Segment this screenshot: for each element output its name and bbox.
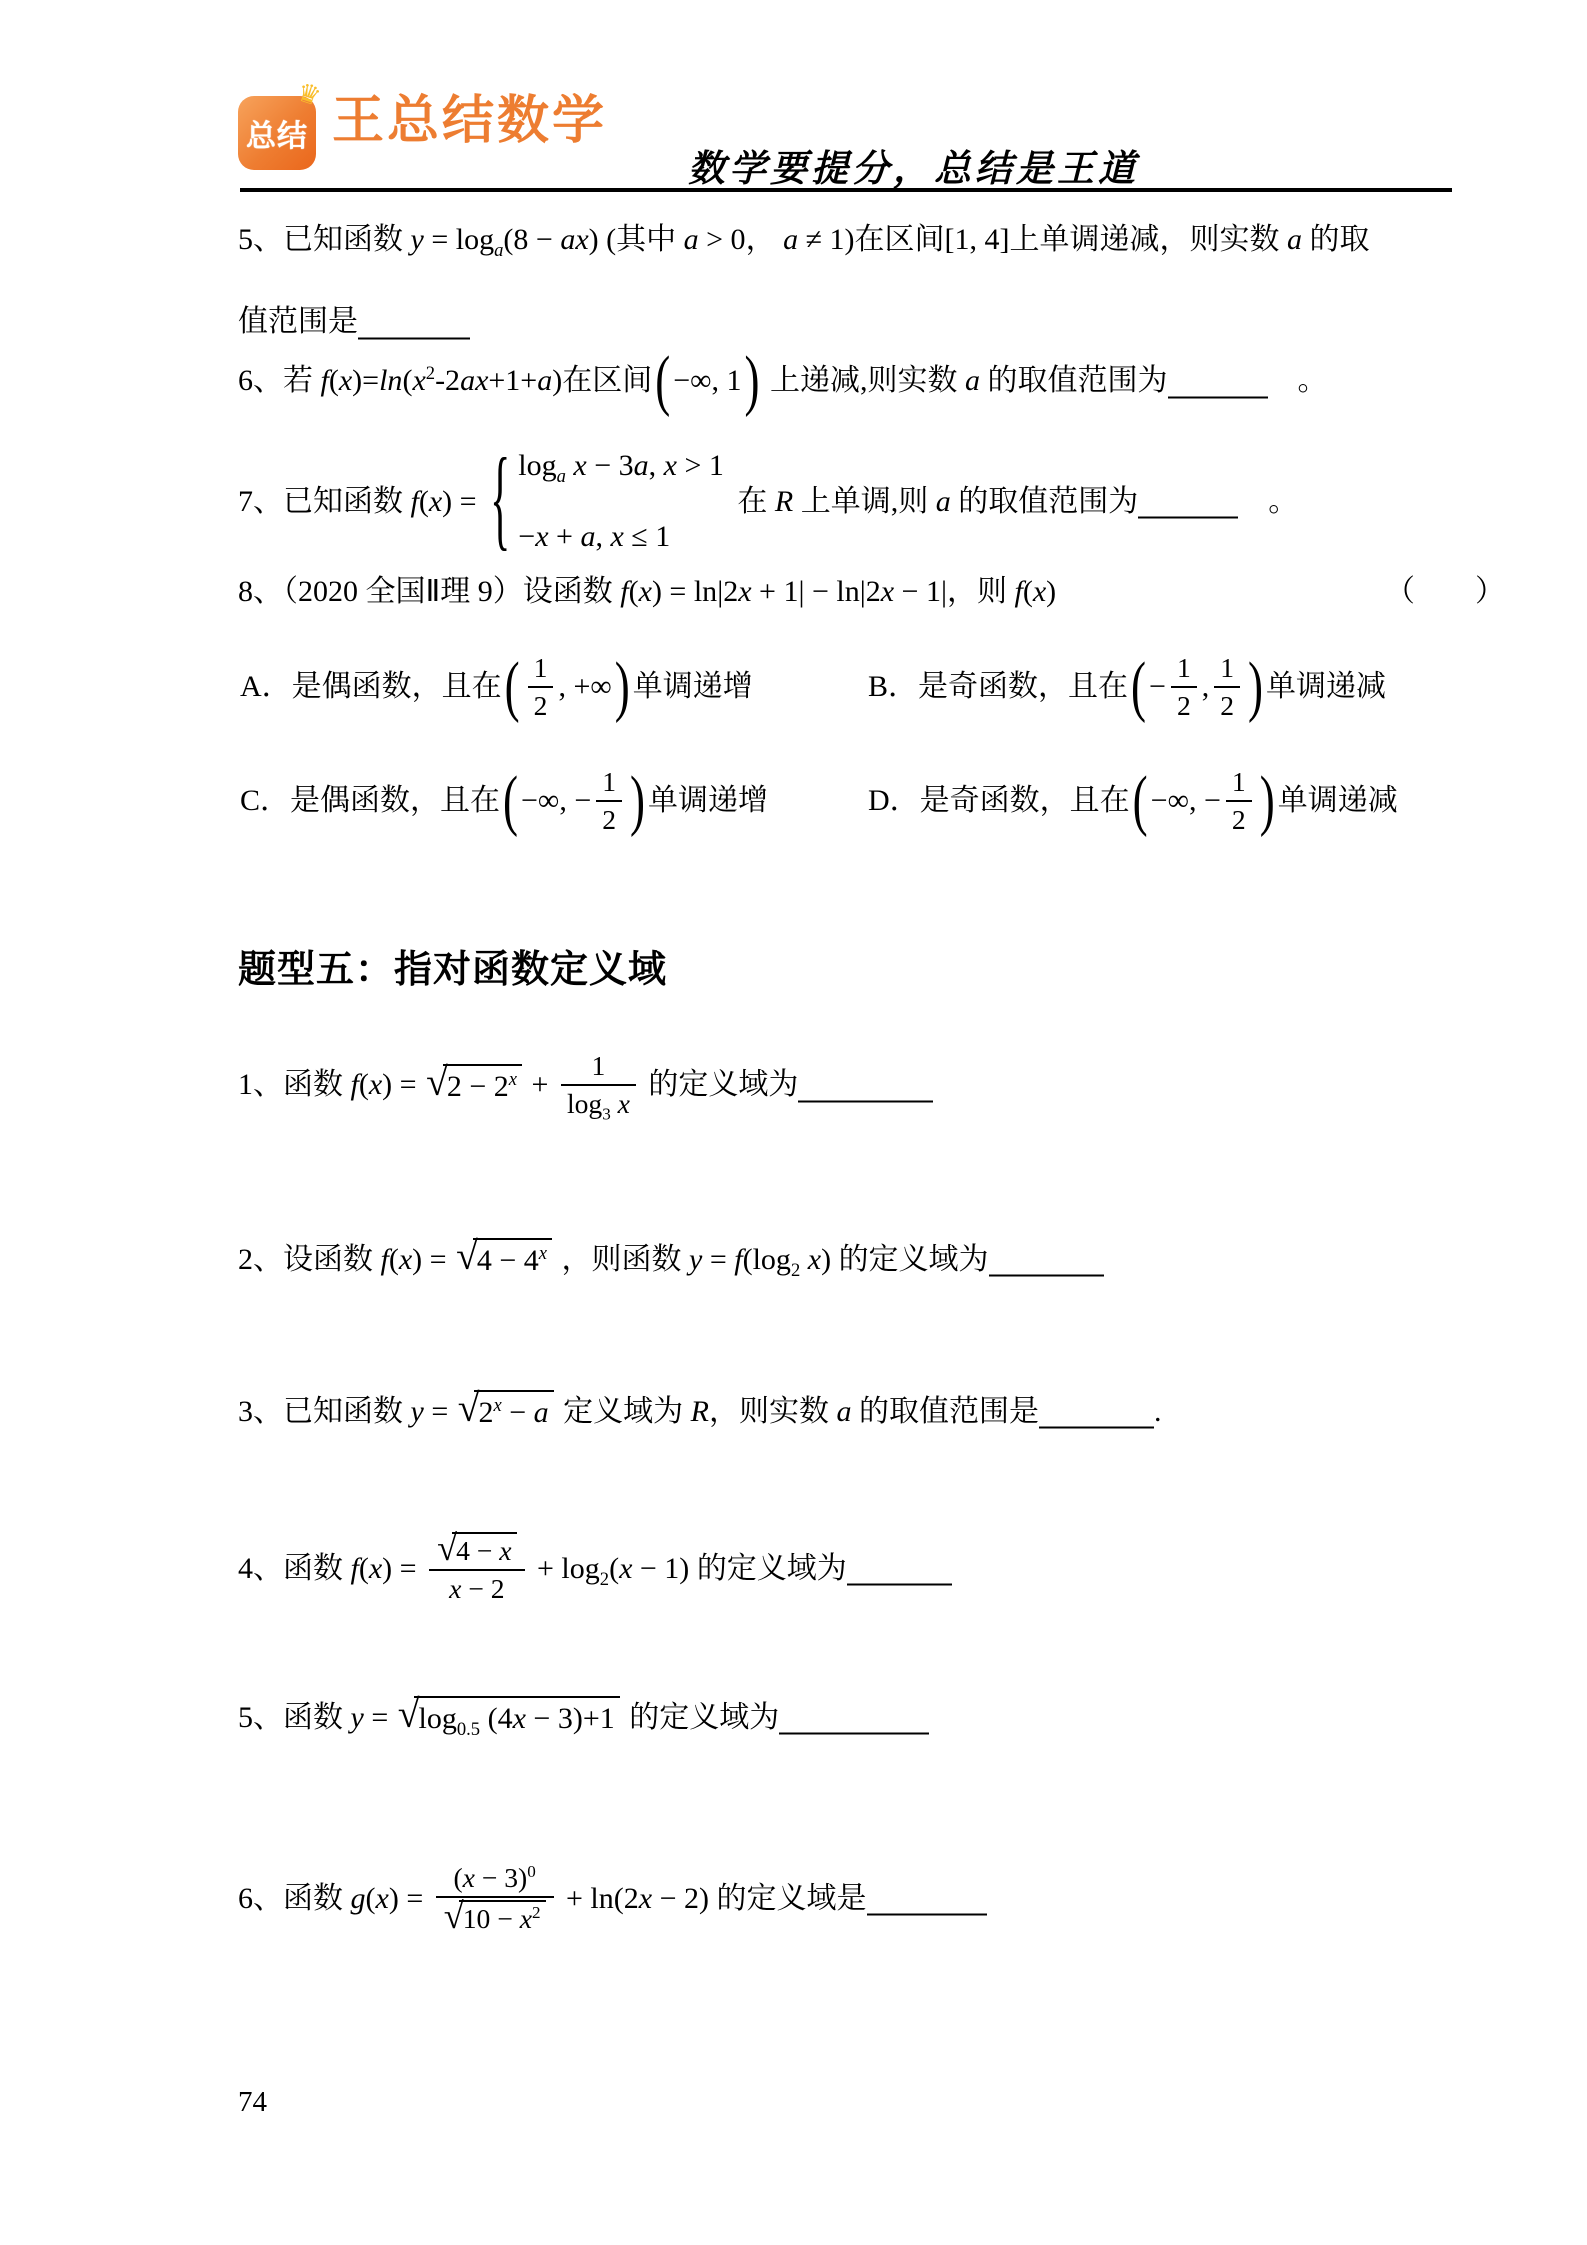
fraction-numerator: (x − 3)0	[436, 1862, 554, 1898]
math-run: + 1| − ln|2	[752, 572, 881, 611]
text-run: 8、（2020 全国Ⅱ理 9）设函数	[238, 572, 620, 611]
math-run: a	[537, 361, 552, 400]
math-run: +1	[583, 1699, 615, 1738]
math-run: (8 −	[503, 220, 560, 259]
text-run: 5、函数	[238, 1698, 351, 1737]
radicand: 4 − 4x	[473, 1238, 552, 1280]
text-run: A．是偶函数，且在	[240, 667, 502, 706]
text-run: 2	[1220, 690, 1234, 722]
problem-8-answer-paren: （ ）	[1385, 572, 1505, 611]
math-run: (	[366, 1879, 376, 1918]
text-run: 2	[602, 804, 616, 836]
fraction-denominator: 2	[528, 688, 554, 722]
math-run: a	[965, 361, 980, 400]
problem-5-line-2: 值范围是	[238, 302, 470, 341]
math-run: x	[429, 482, 442, 521]
text-run: 3、已知函数	[238, 1392, 411, 1431]
math-run: (	[389, 1240, 399, 1279]
text-run: 4、函数	[238, 1549, 351, 1588]
math-run: +1+	[488, 361, 537, 400]
math-run: a	[684, 220, 699, 259]
math-run: a	[580, 517, 595, 556]
big-paren: )	[615, 653, 630, 721]
math-run: 10 −	[463, 1903, 520, 1935]
text-run: 的定义域是	[709, 1879, 867, 1918]
math-run: x	[376, 1879, 389, 1918]
text-run: 2	[534, 690, 548, 722]
math-run: log3	[567, 1088, 611, 1120]
text-run: 2、设函数	[238, 1240, 381, 1279]
text-run: 2	[1177, 690, 1191, 722]
math-run: ,	[1202, 667, 1210, 706]
math-run: x	[639, 572, 652, 611]
text-run: 定义域为	[556, 1392, 691, 1431]
math-run: f	[620, 572, 628, 611]
math-run: +	[549, 517, 581, 556]
math-run: )	[821, 1240, 831, 1279]
math-run: x	[639, 1879, 652, 1918]
fraction: 1log3 x	[561, 1050, 636, 1119]
fraction: 12	[596, 766, 622, 835]
page-number: 74	[238, 2086, 267, 2119]
math-run: − 1)	[632, 1549, 689, 1588]
math-run: (4	[480, 1699, 513, 1738]
math-run: loga	[518, 446, 566, 485]
text-run: 上单调,则	[793, 482, 936, 521]
math-run: a	[783, 220, 798, 259]
header-divider	[240, 188, 1452, 192]
fraction: 12	[1226, 766, 1252, 835]
text-run: 1、函数	[238, 1065, 351, 1104]
math-run: + ln	[559, 1879, 614, 1918]
answer-blank	[989, 1275, 1104, 1277]
math-run: g	[351, 1879, 366, 1918]
math-run: − 3)0	[475, 1862, 536, 1894]
section5-problem-1: 1、函数 f(x) = √2 − 2x + 1log3 x 的定义域为	[238, 1050, 933, 1119]
fraction-denominator: log3 x	[561, 1086, 636, 1120]
text-run: 单调递增	[633, 667, 753, 706]
text-run: 5、已知函数	[238, 220, 411, 259]
math-run: ) = ln	[652, 572, 717, 611]
math-run: y	[411, 220, 424, 259]
math-run: x	[610, 517, 623, 556]
math-run: x	[566, 446, 587, 485]
logo-icon-text: 总结	[246, 111, 308, 155]
math-run: +	[524, 1065, 556, 1104]
math-run: y	[351, 1698, 364, 1737]
fraction-numerator: 1	[596, 766, 622, 802]
fraction: 12	[1214, 652, 1240, 721]
option-b: B．是奇函数，且在(−12,12)单调递减	[868, 652, 1386, 721]
math-run: x	[369, 1549, 382, 1588]
text-run: D．是奇函数，且在	[868, 781, 1130, 820]
answer-blank	[847, 1584, 952, 1586]
big-paren: (	[505, 653, 520, 721]
radicand: 4 − x	[452, 1532, 516, 1567]
text-run: 1	[1177, 652, 1191, 684]
math-run: 4 − 4x	[477, 1241, 547, 1280]
radicand: 2 − 2x	[443, 1064, 522, 1106]
math-run: (	[329, 361, 339, 400]
text-run: ，	[746, 220, 784, 259]
text-run: ，则实数	[709, 1392, 837, 1431]
math-run: a	[936, 482, 951, 521]
text-run: 。	[1238, 482, 1298, 521]
section5-problem-3: 3、已知函数 y = √2x − a 定义域为 R，则实数 a 的取值范围是.	[238, 1390, 1162, 1432]
text-run: 1	[592, 1050, 606, 1082]
math-run: − 1|	[894, 572, 947, 611]
answer-blank	[1039, 1427, 1154, 1429]
fraction-numerator: √4 − x	[429, 1532, 524, 1571]
math-run: )=	[352, 361, 379, 400]
big-paren: (	[655, 347, 670, 415]
math-run: (	[1023, 572, 1033, 611]
text-run: 在区间	[562, 361, 652, 400]
big-paren: (	[1131, 653, 1146, 721]
math-run: a	[837, 1392, 852, 1431]
math-run: 2 − 2x	[447, 1067, 517, 1106]
math-run: − 3	[587, 446, 634, 485]
math-run: a	[534, 1393, 549, 1432]
math-run: ) =	[442, 482, 484, 521]
option-d: D．是奇函数，且在(−∞, −12)单调递减	[868, 766, 1398, 835]
math-run: , +∞	[558, 667, 611, 706]
math-run: −∞, −	[1151, 781, 1221, 820]
math-run: 4 −	[456, 1535, 499, 1567]
math-run: =	[424, 220, 456, 259]
math-run: =	[702, 1240, 734, 1279]
math-run: f	[321, 361, 329, 400]
math-run: (log2	[743, 1240, 801, 1279]
math-run: −	[518, 517, 535, 556]
math-run: a	[1287, 220, 1302, 259]
text-run: 的定义域为	[689, 1549, 847, 1588]
math-run: f	[411, 482, 419, 521]
section-heading: 题型五：指对函数定义域	[238, 938, 667, 993]
math-run: (2	[614, 1879, 639, 1918]
square-root: √4 − x	[437, 1532, 516, 1567]
math-run: ) =	[382, 1065, 424, 1104]
math-run: f	[734, 1240, 742, 1279]
big-paren: (	[1133, 767, 1148, 835]
problem-5-line-1: 5、已知函数 y = loga(8 − ax) (其中 a > 0， a ≠ 1…	[238, 220, 1370, 259]
radicand: 10 − x2	[459, 1900, 546, 1935]
big-paren: )	[1260, 767, 1275, 835]
fraction-denominator: 2	[596, 802, 622, 836]
header-slogan: 数学要提分，总结是王道	[688, 138, 1139, 192]
math-run: −∞, 1	[673, 361, 741, 400]
math-run: loga	[456, 220, 504, 259]
option-a: A．是偶函数，且在(12, +∞)单调递增	[240, 652, 753, 721]
text-run: B．是奇函数，且在	[868, 667, 1128, 706]
fraction-numerator: 1	[1171, 652, 1197, 688]
fraction: √4 − xx − 2	[429, 1532, 524, 1604]
math-run: (	[402, 361, 412, 400]
fraction-denominator: x − 2	[429, 1571, 524, 1605]
math-run: x	[449, 1573, 461, 1605]
math-run: x	[499, 1535, 511, 1567]
fraction-denominator: √10 − x2	[436, 1898, 554, 1935]
math-run: x	[800, 1240, 821, 1279]
math-run: ) =	[382, 1549, 424, 1588]
text-run: 单调递增	[648, 781, 768, 820]
math-run: |2	[717, 572, 738, 611]
math-run: + log2	[530, 1549, 610, 1588]
math-run: [1, 4]	[945, 220, 1010, 259]
math-run: x	[664, 446, 677, 485]
fraction: (x − 3)0√10 − x2	[436, 1862, 554, 1934]
text-run: 单调递减	[1278, 781, 1398, 820]
option-c: C．是偶函数，且在(−∞, −12)单调递增	[240, 766, 768, 835]
fraction-numerator: 1	[1226, 766, 1252, 802]
math-run: R	[691, 1392, 709, 1431]
piecewise-cases: {loga x − 3a, x > 1−x + a, x ≤ 1	[490, 446, 724, 556]
math-run: x	[339, 361, 352, 400]
math-run: x	[369, 1065, 382, 1104]
text-run: 单调递减	[1266, 667, 1386, 706]
answer-blank	[358, 337, 470, 339]
radicand: log0.5 (4x − 3)+1	[414, 1696, 619, 1738]
fraction-denominator: 2	[1171, 688, 1197, 722]
text-run: 的定义域为	[831, 1240, 989, 1279]
math-run: −	[502, 1393, 534, 1432]
math-run: ,	[649, 446, 664, 485]
math-run: ) =	[412, 1240, 454, 1279]
text-run: 6、函数	[238, 1879, 351, 1918]
answer-blank	[867, 1914, 987, 1916]
cases-brace: {	[490, 444, 510, 557]
math-run: ln	[379, 361, 402, 400]
math-run: (	[359, 1065, 369, 1104]
text-run: 值范围是	[238, 302, 358, 341]
section5-problem-6: 6、函数 g(x) = (x − 3)0√10 − x2 + ln(2x − 2…	[238, 1862, 987, 1934]
fraction-numerator: 1	[1214, 652, 1240, 688]
math-run: y	[689, 1240, 702, 1279]
section5-problem-2: 2、设函数 f(x) = √4 − 4x ，则函数 y = f(log2 x) …	[238, 1238, 1104, 1280]
math-run: (	[629, 572, 639, 611]
text-run: 上递减,则实数	[763, 361, 966, 400]
math-run: 2x	[478, 1393, 501, 1432]
math-run: a	[634, 446, 649, 485]
section5-problem-5: 5、函数 y = √log0.5 (4x − 3)+1 的定义域为	[238, 1696, 929, 1738]
math-run: =	[424, 1392, 456, 1431]
math-run: f	[1014, 572, 1022, 611]
fraction: 12	[528, 652, 554, 721]
math-run: x	[611, 1088, 630, 1120]
math-run: -2	[435, 361, 460, 400]
square-root: √4 − 4x	[456, 1238, 552, 1280]
text-run: 7、已知函数	[238, 482, 411, 521]
brand-name: 王总结数学	[332, 90, 607, 152]
math-run: (	[359, 1549, 369, 1588]
math-run: f	[351, 1549, 359, 1588]
problem-6: 6、若 f(x)=ln(x2-2ax+1+a)在区间(−∞, 1) 上递减,则实…	[238, 358, 1328, 403]
math-run: ,	[595, 517, 610, 556]
math-run: ≠ 1	[798, 220, 844, 259]
math-run: )	[1046, 572, 1056, 611]
cases-row: −x + a, x ≤ 1	[518, 517, 724, 556]
text-run: 1	[1220, 652, 1234, 684]
radicand: 2x − a	[474, 1390, 553, 1432]
square-root: √2x − a	[458, 1390, 554, 1432]
math-run: x	[513, 1699, 526, 1738]
text-run: 1	[1232, 766, 1246, 798]
square-root: √10 − x2	[444, 1900, 546, 1935]
text-run: 上单调递减，则实数	[1010, 220, 1288, 259]
big-paren: (	[503, 767, 518, 835]
math-run: − 2)	[652, 1879, 709, 1918]
text-run: 2	[1232, 804, 1246, 836]
text-run: (其中	[606, 220, 684, 259]
text-run: )在区间	[845, 220, 945, 259]
text-run: 的取	[1302, 220, 1370, 259]
text-run: ，则函数	[554, 1240, 689, 1279]
math-run: log0.5	[418, 1699, 480, 1738]
fraction-numerator: 1	[561, 1050, 636, 1086]
big-paren: )	[745, 347, 760, 415]
math-run: −∞, −	[521, 781, 591, 820]
text-run: ，则	[947, 572, 1015, 611]
math-run: x	[619, 1549, 632, 1588]
text-run: 的取值范围是	[852, 1392, 1040, 1431]
fraction: 12	[1171, 652, 1197, 721]
math-run: ≤ 1	[624, 517, 670, 556]
math-run: )	[552, 361, 562, 400]
text-run: 1	[534, 652, 548, 684]
math-run: (	[419, 482, 429, 521]
big-paren: )	[630, 767, 645, 835]
fraction-denominator: 2	[1214, 688, 1240, 722]
text-run: 6、若	[238, 361, 321, 400]
math-run: x	[881, 572, 894, 611]
text-run: 的定义域为	[622, 1698, 780, 1737]
math-run: > 0	[699, 220, 746, 259]
math-run: x2	[412, 361, 435, 400]
text-run: 的取值范围为	[980, 361, 1168, 400]
math-run: ax	[460, 361, 488, 400]
math-run: R	[775, 482, 793, 521]
crown-icon: ♛	[293, 77, 324, 113]
text-run: C．是偶函数，且在	[240, 781, 500, 820]
logo-icon: ♛ 总结	[238, 96, 316, 170]
math-run: (	[609, 1549, 619, 1588]
math-run: f	[381, 1240, 389, 1279]
text-run: .	[1154, 1392, 1162, 1431]
math-run: f	[351, 1065, 359, 1104]
answer-blank	[1168, 396, 1268, 398]
math-run: > 1	[677, 446, 724, 485]
problem-7: 7、已知函数 f(x) = {loga x − 3a, x > 1−x + a,…	[238, 446, 1298, 556]
math-run: ax	[560, 220, 588, 259]
math-run: )	[589, 220, 607, 259]
math-run: x	[463, 1862, 475, 1894]
math-run: x2	[520, 1903, 541, 1935]
math-run: − 2	[461, 1573, 504, 1605]
text-run: 的取值范围为	[951, 482, 1139, 521]
square-root: √2 − 2x	[426, 1064, 522, 1106]
math-run: y	[411, 1392, 424, 1431]
big-paren: )	[1248, 653, 1263, 721]
math-run: x	[399, 1240, 412, 1279]
problem-8: 8、（2020 全国Ⅱ理 9）设函数 f(x) = ln|2x + 1| − l…	[238, 572, 1056, 611]
cases-row: loga x − 3a, x > 1	[518, 446, 724, 485]
square-root: √log0.5 (4x − 3)+1	[398, 1696, 620, 1738]
text-run: 的定义域为	[641, 1065, 799, 1104]
answer-blank	[1138, 517, 1238, 519]
math-run: −	[1149, 667, 1166, 706]
math-run: x	[738, 572, 751, 611]
math-run: − 3)	[526, 1699, 583, 1738]
answer-blank	[798, 1100, 933, 1102]
math-run: =	[364, 1698, 396, 1737]
section5-problem-4: 4、函数 f(x) = √4 − xx − 2 + log2(x − 1) 的定…	[238, 1532, 952, 1604]
fraction-denominator: 2	[1226, 802, 1252, 836]
text-run: 1	[602, 766, 616, 798]
text-run: 。	[1268, 361, 1328, 400]
math-run: x	[1033, 572, 1046, 611]
math-run: ) =	[389, 1879, 431, 1918]
answer-blank	[779, 1733, 929, 1735]
text-run: 在	[730, 482, 775, 521]
math-run: (	[453, 1862, 462, 1894]
math-run: x	[535, 517, 548, 556]
cases-column: loga x − 3a, x > 1−x + a, x ≤ 1	[518, 446, 724, 556]
fraction-numerator: 1	[528, 652, 554, 688]
